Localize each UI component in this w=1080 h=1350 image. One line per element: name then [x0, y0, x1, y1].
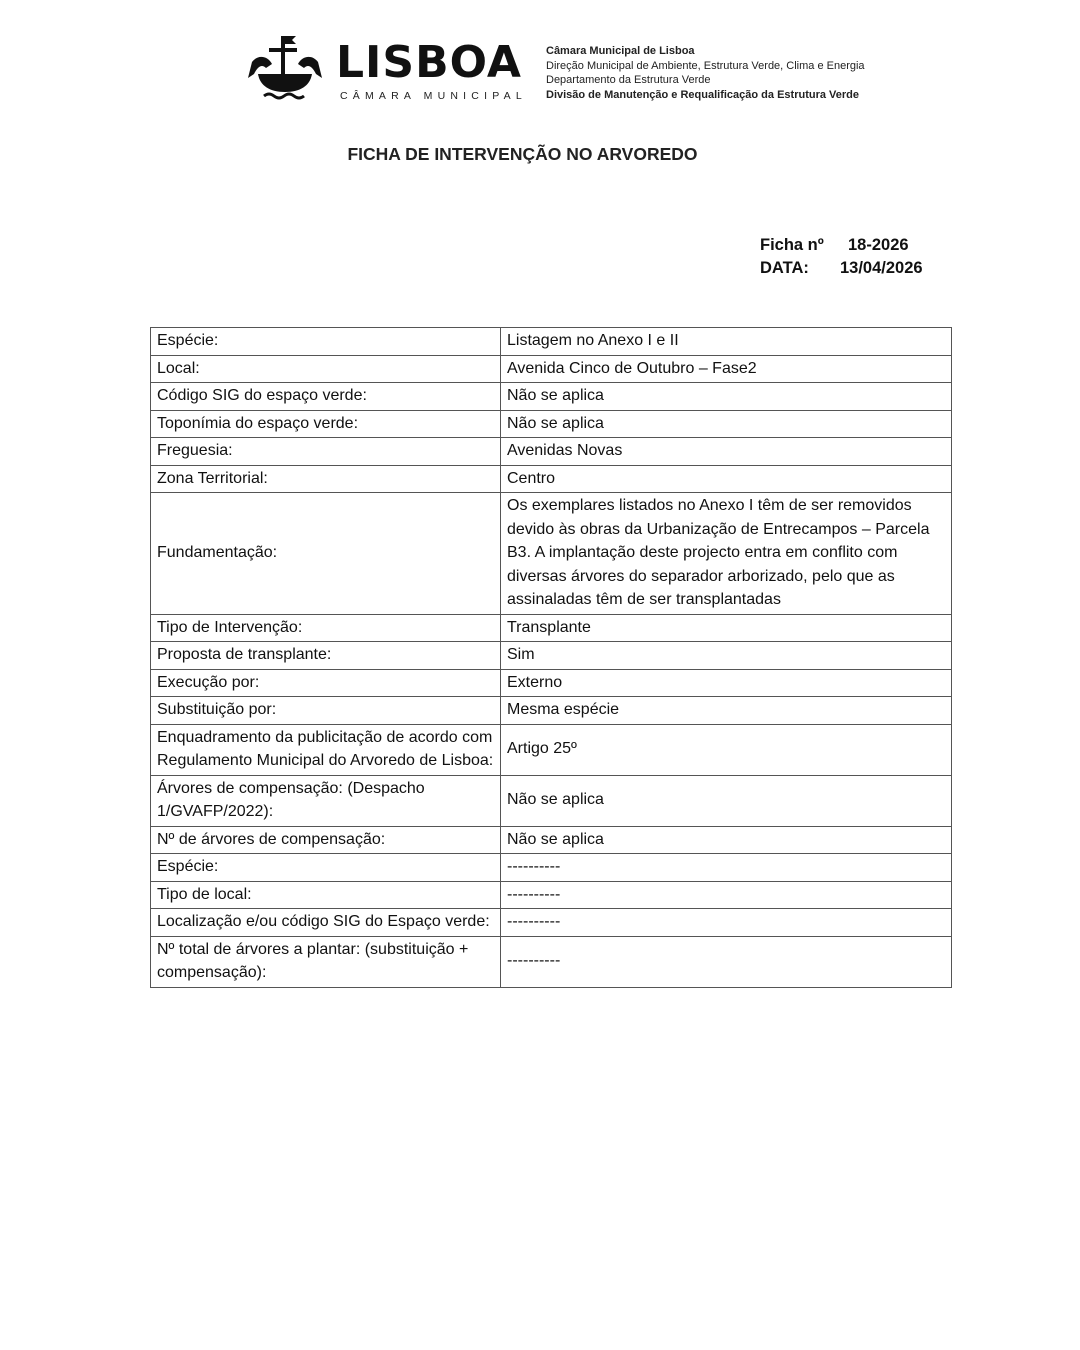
table-row: Nº de árvores de compensação:Não se apli… [151, 826, 952, 854]
intervention-table: Espécie:Listagem no Anexo I e IILocal:Av… [150, 327, 952, 988]
org-line: Câmara Municipal de Lisboa [546, 44, 865, 59]
field-label: Enquadramento da publicitação de acordo … [151, 724, 501, 775]
field-value: Não se aplica [501, 775, 952, 826]
ficha-value: 18-2026 [840, 234, 909, 257]
date-row: DATA: 13/04/2026 [760, 257, 923, 280]
org-line: Direção Municipal de Ambiente, Estrutura… [546, 59, 865, 74]
letterhead: LISBOA CÂMARA MUNICIPAL Câmara Municipal… [244, 34, 904, 106]
field-value: ---------- [501, 909, 952, 937]
lisbon-coat-of-arms-icon [244, 34, 326, 104]
table-row: Substituição por:Mesma espécie [151, 697, 952, 725]
field-label: Tipo de local: [151, 881, 501, 909]
field-label: Local: [151, 355, 501, 383]
field-value: Sim [501, 642, 952, 670]
field-label: Freguesia: [151, 438, 501, 466]
table-row: Espécie:Listagem no Anexo I e II [151, 328, 952, 356]
table-row: Nº total de árvores a plantar: (substitu… [151, 936, 952, 987]
date-value: 13/04/2026 [840, 257, 923, 280]
field-label: Fundamentação: [151, 493, 501, 615]
field-value: ---------- [501, 854, 952, 882]
document-title: FICHA DE INTERVENÇÃO NO ARVOREDO [0, 144, 1045, 165]
field-label: Código SIG do espaço verde: [151, 383, 501, 411]
field-value: Avenidas Novas [501, 438, 952, 466]
ficha-meta: Ficha nº 18-2026 DATA: 13/04/2026 [760, 234, 923, 280]
field-value: Não se aplica [501, 826, 952, 854]
field-value: Artigo 25º [501, 724, 952, 775]
logo-wordmark: LISBOA [336, 38, 522, 88]
table-row: Local:Avenida Cinco de Outubro – Fase2 [151, 355, 952, 383]
table-row: Fundamentação:Os exemplares listados no … [151, 493, 952, 615]
field-value: Não se aplica [501, 383, 952, 411]
field-label: Proposta de transplante: [151, 642, 501, 670]
table-row: Código SIG do espaço verde:Não se aplica [151, 383, 952, 411]
field-label: Substituição por: [151, 697, 501, 725]
field-label: Espécie: [151, 328, 501, 356]
field-value: Mesma espécie [501, 697, 952, 725]
table-row: Enquadramento da publicitação de acordo … [151, 724, 952, 775]
field-value: Os exemplares listados no Anexo I têm de… [501, 493, 952, 615]
ficha-label: Ficha nº [760, 234, 840, 257]
field-label: Tipo de Intervenção: [151, 614, 501, 642]
logo-subtitle: CÂMARA MUNICIPAL [340, 90, 527, 102]
field-label: Localização e/ou código SIG do Espaço ve… [151, 909, 501, 937]
field-label: Execução por: [151, 669, 501, 697]
field-label: Zona Territorial: [151, 465, 501, 493]
field-value: Listagem no Anexo I e II [501, 328, 952, 356]
table-row: Espécie:---------- [151, 854, 952, 882]
organization-block: Câmara Municipal de Lisboa Direção Munic… [546, 44, 865, 102]
table-row: Árvores de compensação: (Despacho 1/GVAF… [151, 775, 952, 826]
field-value: Externo [501, 669, 952, 697]
field-label: Nº total de árvores a plantar: (substitu… [151, 936, 501, 987]
field-value: Avenida Cinco de Outubro – Fase2 [501, 355, 952, 383]
field-value: ---------- [501, 881, 952, 909]
org-line: Divisão de Manutenção e Requalificação d… [546, 88, 865, 103]
table-row: Tipo de local:---------- [151, 881, 952, 909]
field-label: Árvores de compensação: (Despacho 1/GVAF… [151, 775, 501, 826]
table-row: Freguesia:Avenidas Novas [151, 438, 952, 466]
table-row: Execução por:Externo [151, 669, 952, 697]
field-value: ---------- [501, 936, 952, 987]
field-label: Toponímia do espaço verde: [151, 410, 501, 438]
field-value: Transplante [501, 614, 952, 642]
org-line: Departamento da Estrutura Verde [546, 73, 865, 88]
date-label: DATA: [760, 257, 840, 280]
field-value: Não se aplica [501, 410, 952, 438]
field-label: Nº de árvores de compensação: [151, 826, 501, 854]
field-label: Espécie: [151, 854, 501, 882]
table-row: Localização e/ou código SIG do Espaço ve… [151, 909, 952, 937]
table-row: Tipo de Intervenção:Transplante [151, 614, 952, 642]
table-row: Proposta de transplante:Sim [151, 642, 952, 670]
table-row: Zona Territorial:Centro [151, 465, 952, 493]
table-row: Toponímia do espaço verde:Não se aplica [151, 410, 952, 438]
ficha-number-row: Ficha nº 18-2026 [760, 234, 923, 257]
field-value: Centro [501, 465, 952, 493]
